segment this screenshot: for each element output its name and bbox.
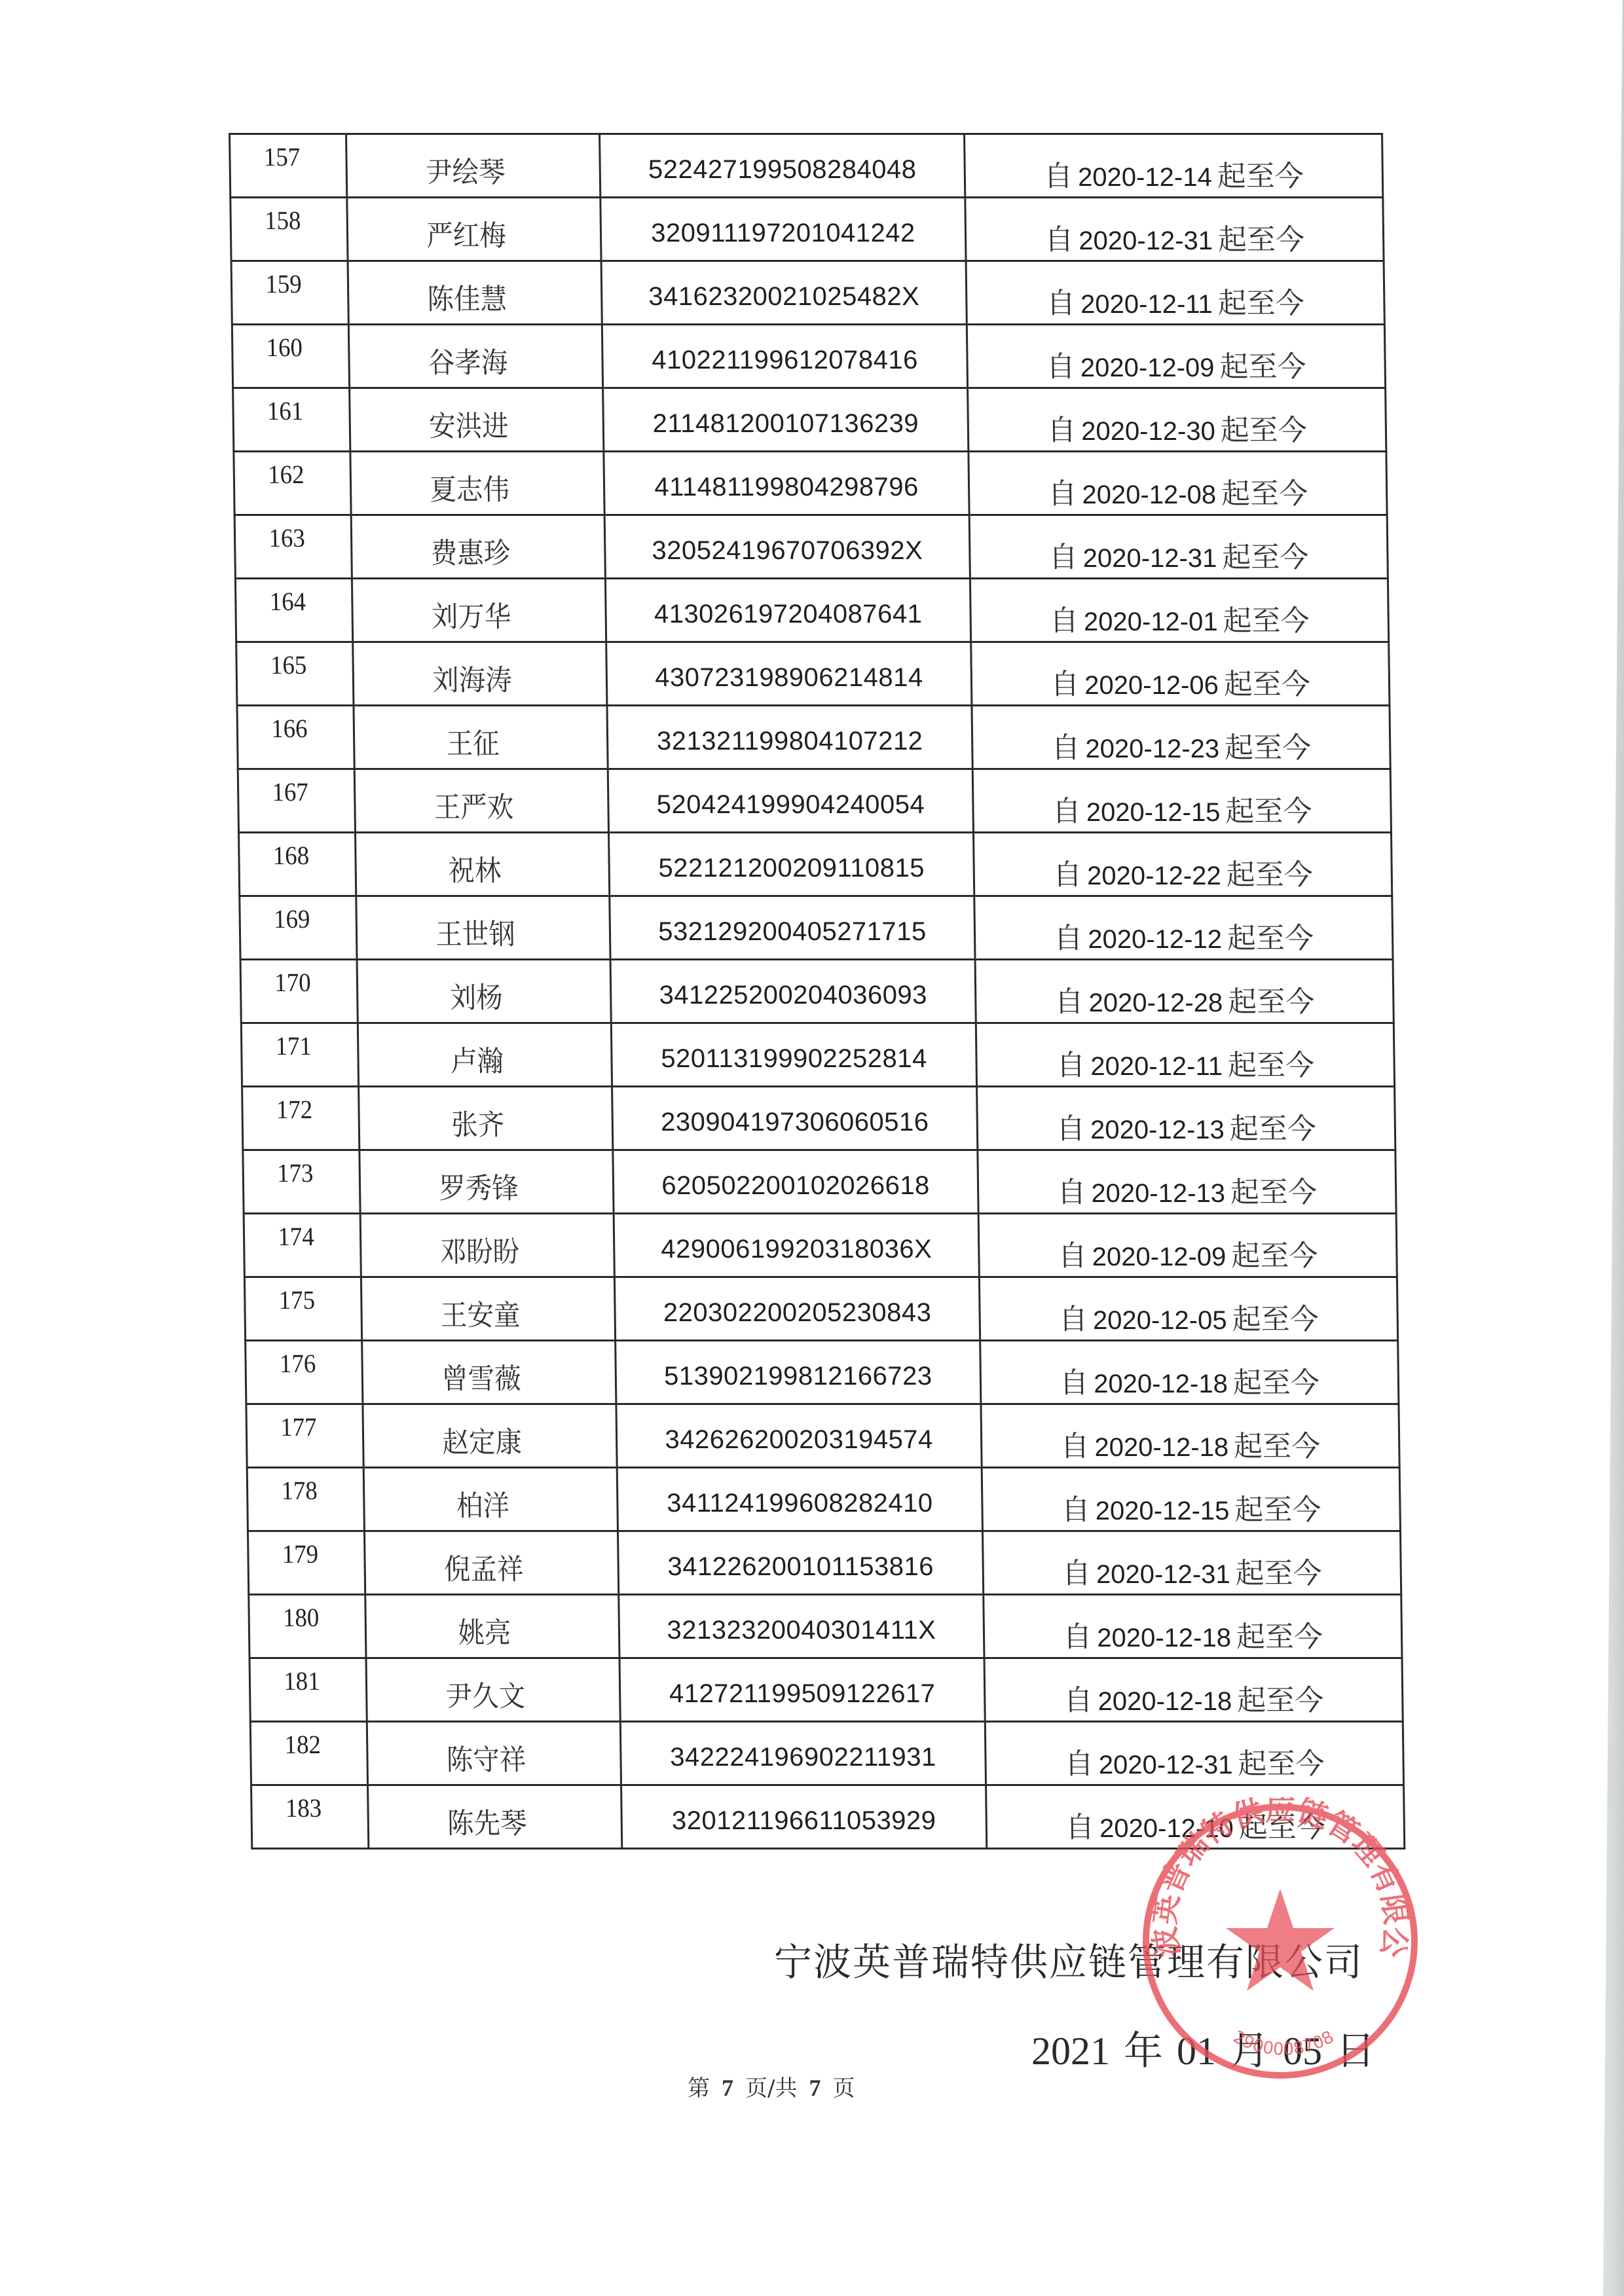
row-seq: 183 [285,1793,322,1823]
date-prefix: 自 [1058,1232,1087,1274]
date-suffix: 起至今 [1223,597,1310,639]
id-cell: 320911197201041242 [600,198,966,261]
name-cell: 尹绘琴 [346,134,600,198]
seq-cell: 167 [238,769,355,833]
row-seq: 178 [281,1475,318,1506]
date-prefix: 自 [1064,1740,1094,1782]
id-cell: 410221199612078416 [602,325,967,388]
date-cell: 自2020-12-12起至今 [974,896,1393,960]
name-cell: 陈佳慧 [348,261,602,325]
date-prefix: 自 [1053,851,1082,893]
employee-table: 157尹绘琴522427199508284048自2020-12-14起至今15… [229,133,1403,1850]
row-name: 曾雪薇 [441,1355,521,1397]
date-cell: 自2020-12-10起至今 [986,1785,1405,1849]
row-id-number: 522121200209110815 [658,854,925,883]
row-id-number: 230904197306060516 [661,1108,929,1137]
row-start-date: 2020-12-11 [1090,1052,1223,1082]
row-start-date: 2020-12-31 [1082,544,1217,574]
date-cell: 自2020-12-05起至今 [979,1277,1397,1341]
row-seq: 163 [268,522,305,553]
name-cell: 刘万华 [352,579,606,642]
row-seq: 164 [269,586,306,617]
row-id-number: 520113199902252814 [661,1044,927,1074]
date-suffix: 起至今 [1238,1804,1325,1846]
name-cell: 卢瀚 [358,1023,612,1087]
date-prefix: 自 [1044,216,1074,258]
date-cell: 自2020-12-14起至今 [965,134,1383,198]
date-cell: 自2020-12-09起至今 [978,1214,1397,1277]
date-prefix: 自 [1047,407,1077,448]
row-seq: 172 [276,1094,312,1125]
row-name: 王世钢 [435,911,515,953]
date-cell: 自2020-12-18起至今 [984,1595,1402,1658]
name-cell: 费惠珍 [351,515,605,579]
date-suffix: 起至今 [1227,1042,1314,1084]
seq-cell: 162 [234,452,351,515]
id-cell: 411481199804298796 [604,452,969,515]
row-id-number: 520424199904240054 [656,790,925,820]
name-cell: 刘海涛 [353,642,607,706]
row-name: 刘杨 [449,974,503,1016]
table-row: 160谷孝海410221199612078416自2020-12-09起至今 [232,325,1385,388]
seq-cell: 163 [234,515,352,579]
row-seq: 180 [282,1602,319,1633]
seq-cell: 168 [238,833,356,896]
seq-cell: 164 [235,579,352,642]
page-number: 第7页/共7页 [688,2070,855,2102]
name-cell: 谷孝海 [348,325,602,388]
name-cell: 王严欢 [354,769,608,833]
row-name: 安洪进 [429,403,509,445]
date-suffix: 起至今 [1230,1169,1318,1211]
row-name: 尹久文 [445,1673,525,1715]
name-cell: 陈守祥 [367,1722,621,1785]
id-cell: 532129200405271715 [610,896,975,960]
row-id-number: 412721199509122617 [669,1679,936,1709]
row-start-date: 2020-12-31 [1099,1751,1233,1780]
date-suffix: 起至今 [1234,1486,1321,1528]
row-name: 卢瀚 [451,1038,504,1080]
table-row: 174邓盼盼42900619920318036X自2020-12-09起至今 [244,1214,1397,1277]
name-cell: 姚亮 [365,1595,619,1658]
row-id-number: 42900619920318036X [661,1235,932,1264]
page-suffix: 页 [832,2075,855,2102]
table-row: 161安洪进211481200107136239自2020-12-30起至今 [233,388,1386,452]
page-middle: 页/共 [745,2075,797,2102]
table-row: 167王严欢520424199904240054自2020-12-15起至今 [238,769,1391,833]
date-prefix: 自 [1046,343,1075,385]
seq-cell: 171 [241,1023,358,1087]
date-prefix: 自 [1054,915,1083,957]
date-suffix: 起至今 [1227,915,1314,957]
table-row: 176曾雪薇513902199812166723自2020-12-18起至今 [246,1341,1399,1404]
row-start-date: 2020-12-11 [1080,290,1213,319]
row-seq: 179 [282,1539,318,1569]
name-cell: 倪孟祥 [364,1531,618,1595]
row-id-number: 342224196902211931 [670,1743,936,1772]
date-suffix: 起至今 [1229,1105,1316,1147]
seq-cell: 165 [236,642,354,706]
name-cell: 严红梅 [347,198,601,261]
name-cell: 罗秀锋 [360,1150,614,1214]
date-suffix: 起至今 [1225,788,1312,829]
date-prefix: 自 [1056,1105,1086,1147]
row-name: 费惠珍 [430,530,510,572]
seq-cell: 176 [246,1341,363,1404]
seq-cell: 183 [251,1785,369,1849]
row-start-date: 2020-12-10 [1099,1814,1234,1844]
id-cell: 513902199812166723 [616,1341,981,1404]
table-row: 180姚亮32132320040301411X自2020-12-18起至今 [249,1595,1402,1658]
date-cell: 自2020-12-13起至今 [977,1087,1395,1150]
row-name: 张齐 [451,1101,505,1143]
row-name: 谷孝海 [428,339,507,381]
date-suffix: 起至今 [1237,1677,1324,1719]
row-start-date: 2020-12-12 [1088,925,1222,955]
scan-edge-shadow [1572,0,1624,2296]
table-row: 158严红梅320911197201041242自2020-12-31起至今 [231,198,1384,261]
row-name: 陈先琴 [447,1800,527,1842]
row-id-number: 34162320021025482X [648,282,919,312]
date-cell: 自2020-12-15起至今 [982,1468,1400,1531]
table-row: 175王安童220302200205230843自2020-12-05起至今 [244,1277,1397,1341]
row-id-number: 32132320040301411X [667,1616,936,1645]
id-cell: 320121196611053929 [621,1785,987,1849]
page-prefix: 第 [688,2075,710,2102]
row-seq: 165 [270,649,306,680]
date-cell: 自2020-12-22起至今 [973,833,1392,896]
date-prefix: 自 [1062,1550,1092,1592]
row-name: 王征 [446,720,500,762]
id-cell: 341124199608282410 [617,1468,982,1531]
row-seq: 158 [264,205,301,236]
row-start-date: 2020-12-13 [1091,1179,1225,1209]
date-cell: 自2020-12-23起至今 [972,706,1390,769]
name-cell: 王征 [354,706,608,769]
seq-cell: 169 [240,896,357,960]
row-start-date: 2020-12-06 [1084,671,1219,701]
date-prefix: 自 [1063,1613,1092,1655]
seq-cell: 181 [249,1658,367,1722]
row-id-number: 321321199804107212 [657,727,923,756]
row-name: 尹绘琴 [426,149,506,191]
row-start-date: 2020-12-22 [1087,862,1221,891]
seq-cell: 172 [242,1087,360,1150]
date-cell: 自2020-12-11起至今 [966,261,1384,325]
table-row: 166王征321321199804107212自2020-12-23起至今 [237,706,1390,769]
row-seq: 161 [267,395,303,426]
row-seq: 174 [278,1221,314,1252]
date-cell: 自2020-12-11起至今 [976,1023,1394,1087]
table-row: 182陈守祥342224196902211931自2020-12-31起至今 [250,1722,1403,1785]
row-name: 邓盼盼 [439,1228,519,1270]
seq-cell: 175 [244,1277,361,1341]
id-cell: 341226200101153816 [618,1531,983,1595]
date-suffix: 起至今 [1222,534,1309,575]
date-suffix: 起至今 [1226,851,1313,893]
id-cell: 522427199508284048 [600,134,965,198]
date-cell: 自2020-12-31起至今 [965,198,1384,261]
date-suffix: 起至今 [1234,1423,1321,1465]
date-prefix: 自 [1060,1359,1089,1401]
seq-cell: 170 [240,960,358,1023]
seq-cell: 161 [233,388,350,452]
row-start-date: 2020-12-01 [1084,608,1218,637]
row-seq: 159 [265,268,302,299]
row-id-number: 341226200101153816 [667,1552,934,1582]
date-prefix: 自 [1051,724,1080,766]
row-name: 柏洋 [456,1482,510,1524]
row-start-date: 2020-12-28 [1088,989,1223,1018]
name-cell: 尹久文 [366,1658,620,1722]
id-cell: 520113199902252814 [611,1023,976,1087]
date-prefix: 自 [1046,280,1076,321]
date-suffix: 起至今 [1228,978,1315,1020]
id-cell: 520424199904240054 [608,769,973,833]
seq-cell: 174 [244,1214,361,1277]
name-cell: 夏志伟 [350,452,604,515]
row-id-number: 341225200204036093 [659,981,927,1010]
date-cell: 自2020-12-18起至今 [981,1404,1399,1468]
table-row: 169王世钢532129200405271715自2020-12-12起至今 [240,896,1393,960]
seq-cell: 179 [248,1531,365,1595]
table-row: 178柏洋341124199608282410自2020-12-15起至今 [247,1468,1400,1531]
table-row: 170刘杨341225200204036093自2020-12-28起至今 [240,960,1393,1023]
date-prefix: 自 [1049,597,1079,639]
name-cell: 刘杨 [357,960,611,1023]
id-cell: 34162320021025482X [601,261,967,325]
row-start-date: 2020-12-15 [1095,1497,1229,1526]
date-prefix: 自 [1052,788,1081,829]
date-suffix: 起至今 [1219,343,1306,385]
date-suffix: 起至今 [1220,407,1307,448]
row-name: 王严欢 [434,784,513,826]
page-total: 7 [809,2075,821,2101]
date-prefix: 自 [1058,1296,1088,1338]
date-cell: 自2020-12-31起至今 [985,1722,1403,1785]
date-suffix: 起至今 [1225,724,1312,766]
table-row: 168祝林522121200209110815自2020-12-22起至今 [238,833,1392,896]
table-row: 164刘万华413026197204087641自2020-12-01起至今 [235,579,1388,642]
date-cell: 自2020-12-28起至今 [975,960,1393,1023]
name-cell: 陈先琴 [368,1785,622,1849]
id-cell: 341225200204036093 [610,960,976,1023]
seq-cell: 159 [231,261,348,325]
id-cell: 342626200203194574 [616,1404,982,1468]
name-cell: 王世钢 [356,896,610,960]
row-id-number: 430723198906214814 [655,663,923,693]
date-suffix: 起至今 [1235,1550,1322,1592]
date-suffix: 起至今 [1232,1359,1319,1401]
id-cell: 42900619920318036X [614,1214,979,1277]
date-prefix: 自 [1065,1804,1095,1846]
row-start-date: 2020-12-14 [1078,163,1212,192]
date-cell: 自2020-12-18起至今 [980,1341,1399,1404]
date-prefix: 自 [1048,534,1078,575]
row-seq: 162 [267,459,304,490]
date-suffix: 起至今 [1223,661,1310,702]
row-start-date: 2020-12-31 [1079,227,1213,256]
row-seq: 175 [278,1285,315,1315]
table-row: 172张齐230904197306060516自2020-12-13起至今 [242,1087,1395,1150]
row-name: 陈守祥 [446,1736,526,1778]
date-suffix: 起至今 [1217,280,1304,321]
company-name: 宁波英普瑞特供应链管理有限公司 [774,1931,1363,1986]
row-id-number: 320121196611053929 [672,1806,936,1836]
row-start-date: 2020-12-08 [1082,481,1216,510]
table-row: 179倪孟祥341226200101153816自2020-12-31起至今 [248,1531,1401,1595]
id-cell: 32132320040301411X [619,1595,984,1658]
date-cell: 自2020-12-13起至今 [978,1150,1396,1214]
date-prefix: 自 [1056,1042,1086,1084]
date-cell: 自2020-12-06起至今 [971,642,1390,706]
signature-date: 2021 年 01 月 05 日 [1031,2020,1375,2076]
row-seq: 169 [273,903,310,934]
row-start-date: 2020-12-30 [1081,417,1215,446]
row-start-date: 2020-12-18 [1098,1687,1232,1717]
id-cell: 32052419670706392X [604,515,970,579]
name-cell: 安洪进 [350,388,604,452]
date-prefix: 自 [1048,470,1077,512]
date-prefix: 自 [1060,1423,1090,1465]
row-start-date: 2020-12-23 [1085,735,1219,764]
table-row: 157尹绘琴522427199508284048自2020-12-14起至今 [230,134,1383,198]
table-row: 159陈佳慧34162320021025482X自2020-12-11起至今 [231,261,1384,325]
id-cell: 211481200107136239 [603,388,969,452]
date-prefix: 自 [1050,661,1080,702]
row-id-number: 32052419670706392X [652,536,923,566]
seq-cell: 157 [230,134,347,198]
id-cell: 430723198906214814 [606,642,972,706]
date-suffix: 起至今 [1217,216,1304,258]
seq-cell: 178 [247,1468,364,1531]
table-row: 181尹久文412721199509122617自2020-12-18起至今 [249,1658,1403,1722]
row-name: 罗秀锋 [439,1165,519,1207]
row-start-date: 2020-12-31 [1096,1560,1230,1590]
id-cell: 413026197204087641 [605,579,970,642]
page-current: 7 [722,2075,733,2101]
date-suffix: 起至今 [1236,1613,1323,1655]
id-cell: 522121200209110815 [608,833,974,896]
row-seq: 173 [276,1157,313,1188]
row-id-number: 320911197201041242 [651,219,915,248]
seq-cell: 182 [250,1722,367,1785]
seq-cell: 158 [231,198,348,261]
row-name: 倪孟祥 [444,1546,524,1588]
seq-cell: 160 [232,325,349,388]
row-start-date: 2020-12-09 [1080,354,1215,383]
row-id-number: 410221199612078416 [652,346,918,375]
row-seq: 170 [274,967,311,998]
name-cell: 赵定康 [363,1404,617,1468]
row-start-date: 2020-12-18 [1094,1370,1228,1399]
id-cell: 321321199804107212 [607,706,972,769]
row-start-date: 2020-12-09 [1092,1243,1226,1272]
row-start-date: 2020-12-18 [1097,1624,1231,1653]
row-seq: 167 [272,776,308,807]
seq-cell: 177 [246,1404,363,1468]
row-id-number: 342626200203194574 [665,1425,933,1455]
table-row: 171卢瀚520113199902252814自2020-12-11起至今 [241,1023,1394,1087]
id-cell: 412721199509122617 [619,1658,985,1722]
row-name: 祝林 [448,847,502,889]
row-name: 严红梅 [426,212,506,254]
table-row: 165刘海涛430723198906214814自2020-12-06起至今 [236,642,1390,706]
name-cell: 祝林 [355,833,609,896]
name-cell: 王安童 [361,1277,615,1341]
row-seq: 176 [279,1348,316,1379]
row-id-number: 211481200107136239 [652,409,919,439]
row-start-date: 2020-12-13 [1090,1116,1225,1145]
table-row: 183陈先琴320121196611053929自2020-12-10起至今 [251,1785,1405,1849]
row-id-number: 522427199508284048 [648,155,917,185]
id-cell: 620502200102026618 [613,1150,978,1214]
date-prefix: 自 [1061,1486,1090,1528]
table-row: 163费惠珍32052419670706392X自2020-12-31起至今 [234,515,1388,579]
row-seq: 160 [266,332,303,363]
row-name: 刘海涛 [432,657,512,699]
row-name: 王安童 [440,1292,520,1334]
row-start-date: 2020-12-05 [1093,1306,1227,1336]
date-suffix: 起至今 [1232,1296,1319,1338]
date-prefix: 自 [1054,978,1084,1020]
date-cell: 自2020-12-15起至今 [972,769,1391,833]
row-name: 夏志伟 [430,466,509,508]
date-cell: 自2020-12-18起至今 [984,1658,1403,1722]
row-seq: 166 [270,713,307,744]
date-cell: 自2020-12-30起至今 [968,388,1386,452]
table-row: 162夏志伟411481199804298796自2020-12-08起至今 [234,452,1387,515]
table-row: 177赵定康342626200203194574自2020-12-18起至今 [246,1404,1399,1468]
date-cell: 自2020-12-09起至今 [967,325,1385,388]
date-cell: 自2020-12-31起至今 [969,515,1388,579]
roster-table: 157尹绘琴522427199508284048自2020-12-14起至今15… [229,133,1405,1850]
row-id-number: 411481199804298796 [654,473,919,502]
id-cell: 230904197306060516 [612,1087,978,1150]
id-cell: 342224196902211931 [620,1722,986,1785]
row-seq: 157 [263,141,300,172]
name-cell: 张齐 [359,1087,613,1150]
date-suffix: 起至今 [1238,1740,1325,1782]
row-name: 赵定康 [442,1419,522,1461]
row-id-number: 513902199812166723 [664,1362,932,1391]
row-name: 姚亮 [458,1609,511,1651]
date-cell: 自2020-12-08起至今 [969,452,1387,515]
row-start-date: 2020-12-15 [1086,798,1220,828]
row-seq: 182 [284,1729,321,1760]
name-cell: 柏洋 [363,1468,618,1531]
name-cell: 邓盼盼 [360,1214,614,1277]
name-cell: 曾雪薇 [362,1341,616,1404]
date-prefix: 自 [1057,1169,1086,1211]
row-id-number: 220302200205230843 [663,1298,932,1328]
date-suffix: 起至今 [1217,153,1304,194]
date-cell: 自2020-12-01起至今 [970,579,1388,642]
row-name: 刘万华 [431,593,511,635]
date-suffix: 起至今 [1221,470,1308,512]
table-row: 173罗秀锋620502200102026618自2020-12-13起至今 [243,1150,1396,1214]
row-seq: 168 [272,840,309,871]
row-id-number: 341124199608282410 [667,1489,933,1518]
seq-cell: 180 [249,1595,366,1658]
date-suffix: 起至今 [1231,1232,1318,1274]
date-prefix: 自 [1044,153,1073,194]
row-name: 陈佳慧 [427,276,507,318]
seq-cell: 166 [237,706,354,769]
row-id-number: 532129200405271715 [658,917,927,947]
row-start-date: 2020-12-18 [1094,1433,1228,1463]
date-cell: 自2020-12-31起至今 [982,1531,1401,1595]
